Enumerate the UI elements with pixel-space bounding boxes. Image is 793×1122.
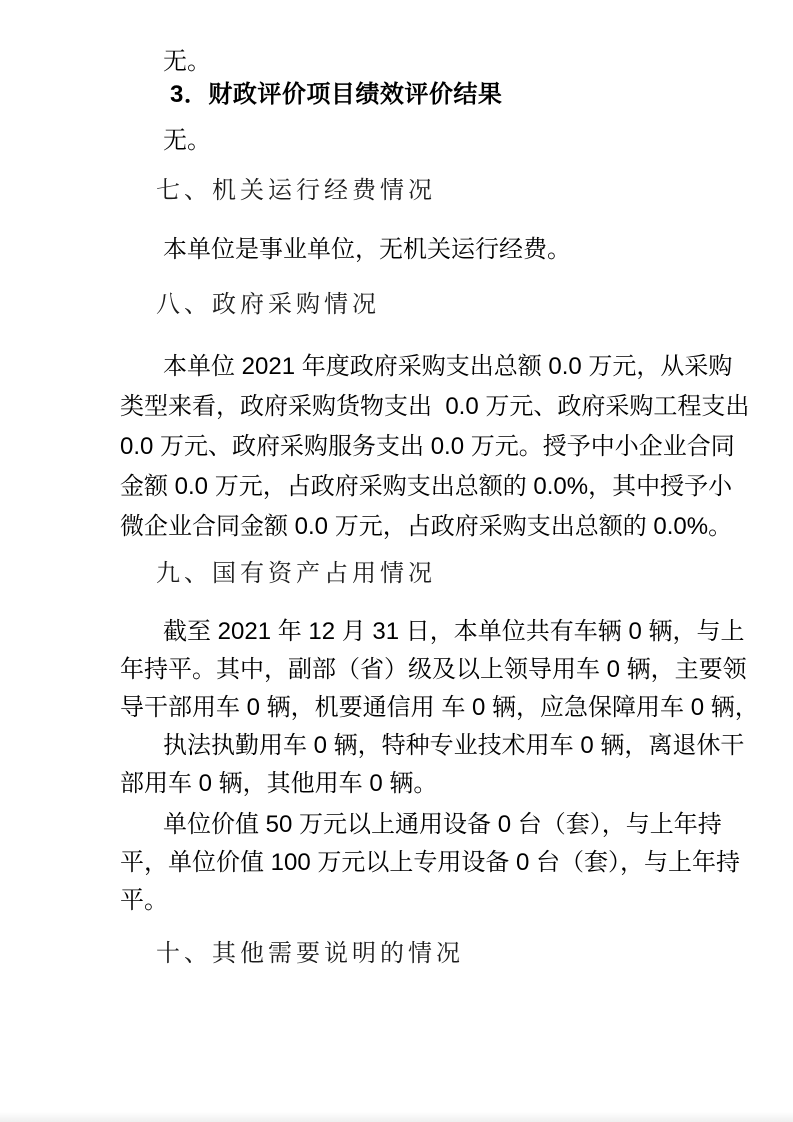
text-line: 部用车 0 辆，其他用车 0 辆。 [120, 765, 675, 803]
text-line: 类型来看，政府采购货物支出 0.0 万元、政府采购工程支出 [120, 387, 675, 427]
paragraph-government-procurement: 本单位 2021 年度政府采购支出总额 0.0 万元，从采购 类型来看，政府采购… [120, 347, 675, 547]
text-line: 执法执勤用车 0 辆，特种专业技术用车 0 辆，离退休干 [120, 727, 675, 765]
heading-section-8-government-procurement: 八、政府采购情况 [120, 286, 675, 324]
paragraph-agency-operating-funds: 本单位是事业单位，无机关运行经费。 [120, 231, 675, 269]
document-page: 无。 3．财政评价项目绩效评价结果 无。 七、机关运行经费情况 本单位是事业单位… [0, 0, 793, 1122]
text-line: 金额 0.0 万元，占政府采购支出总额的 0.0%，其中授予小 [120, 467, 675, 507]
text-line: 截至 2021 年 12 月 31 日，本单位共有车辆 0 辆，与上 [120, 613, 675, 651]
paragraph-none-2: 无。 [120, 122, 675, 160]
text-line: 0.0 万元、政府采购服务支出 0.0 万元。授予中小企业合同 [120, 427, 675, 467]
text-line: 导干部用车 0 辆，机要通信用 车 0 辆，应急保障用车 0 辆， [120, 689, 675, 727]
text-line: 本单位 2021 年度政府采购支出总额 0.0 万元，从采购 [120, 347, 675, 387]
heading-performance-eval-result: 3．财政评价项目绩效评价结果 [120, 76, 675, 114]
text-line: 平。 [120, 882, 675, 920]
text-line: 平，单位价值 100 万元以上专用设备 0 台（套），与上年持 [120, 844, 675, 882]
paragraph-state-assets-equipment: 单位价值 50 万元以上通用设备 0 台（套），与上年持 平，单位价值 100 … [120, 806, 675, 920]
heading-section-10-other-notes: 十、其他需要说明的情况 [120, 935, 675, 973]
text-line: 单位价值 50 万元以上通用设备 0 台（套），与上年持 [120, 806, 675, 844]
heading-section-9-state-owned-assets: 九、国有资产占用情况 [120, 555, 675, 593]
text-line: 微企业合同金额 0.0 万元，占政府采购支出总额的 0.0%。 [120, 507, 675, 547]
paragraph-state-assets-vehicles: 截至 2021 年 12 月 31 日，本单位共有车辆 0 辆，与上 年持平。其… [120, 613, 675, 803]
text-line: 年持平。其中，副部（省）级及以上领导用车 0 辆，主要领 [120, 651, 675, 689]
heading-section-7-agency-operating-funds: 七、机关运行经费情况 [120, 172, 675, 210]
